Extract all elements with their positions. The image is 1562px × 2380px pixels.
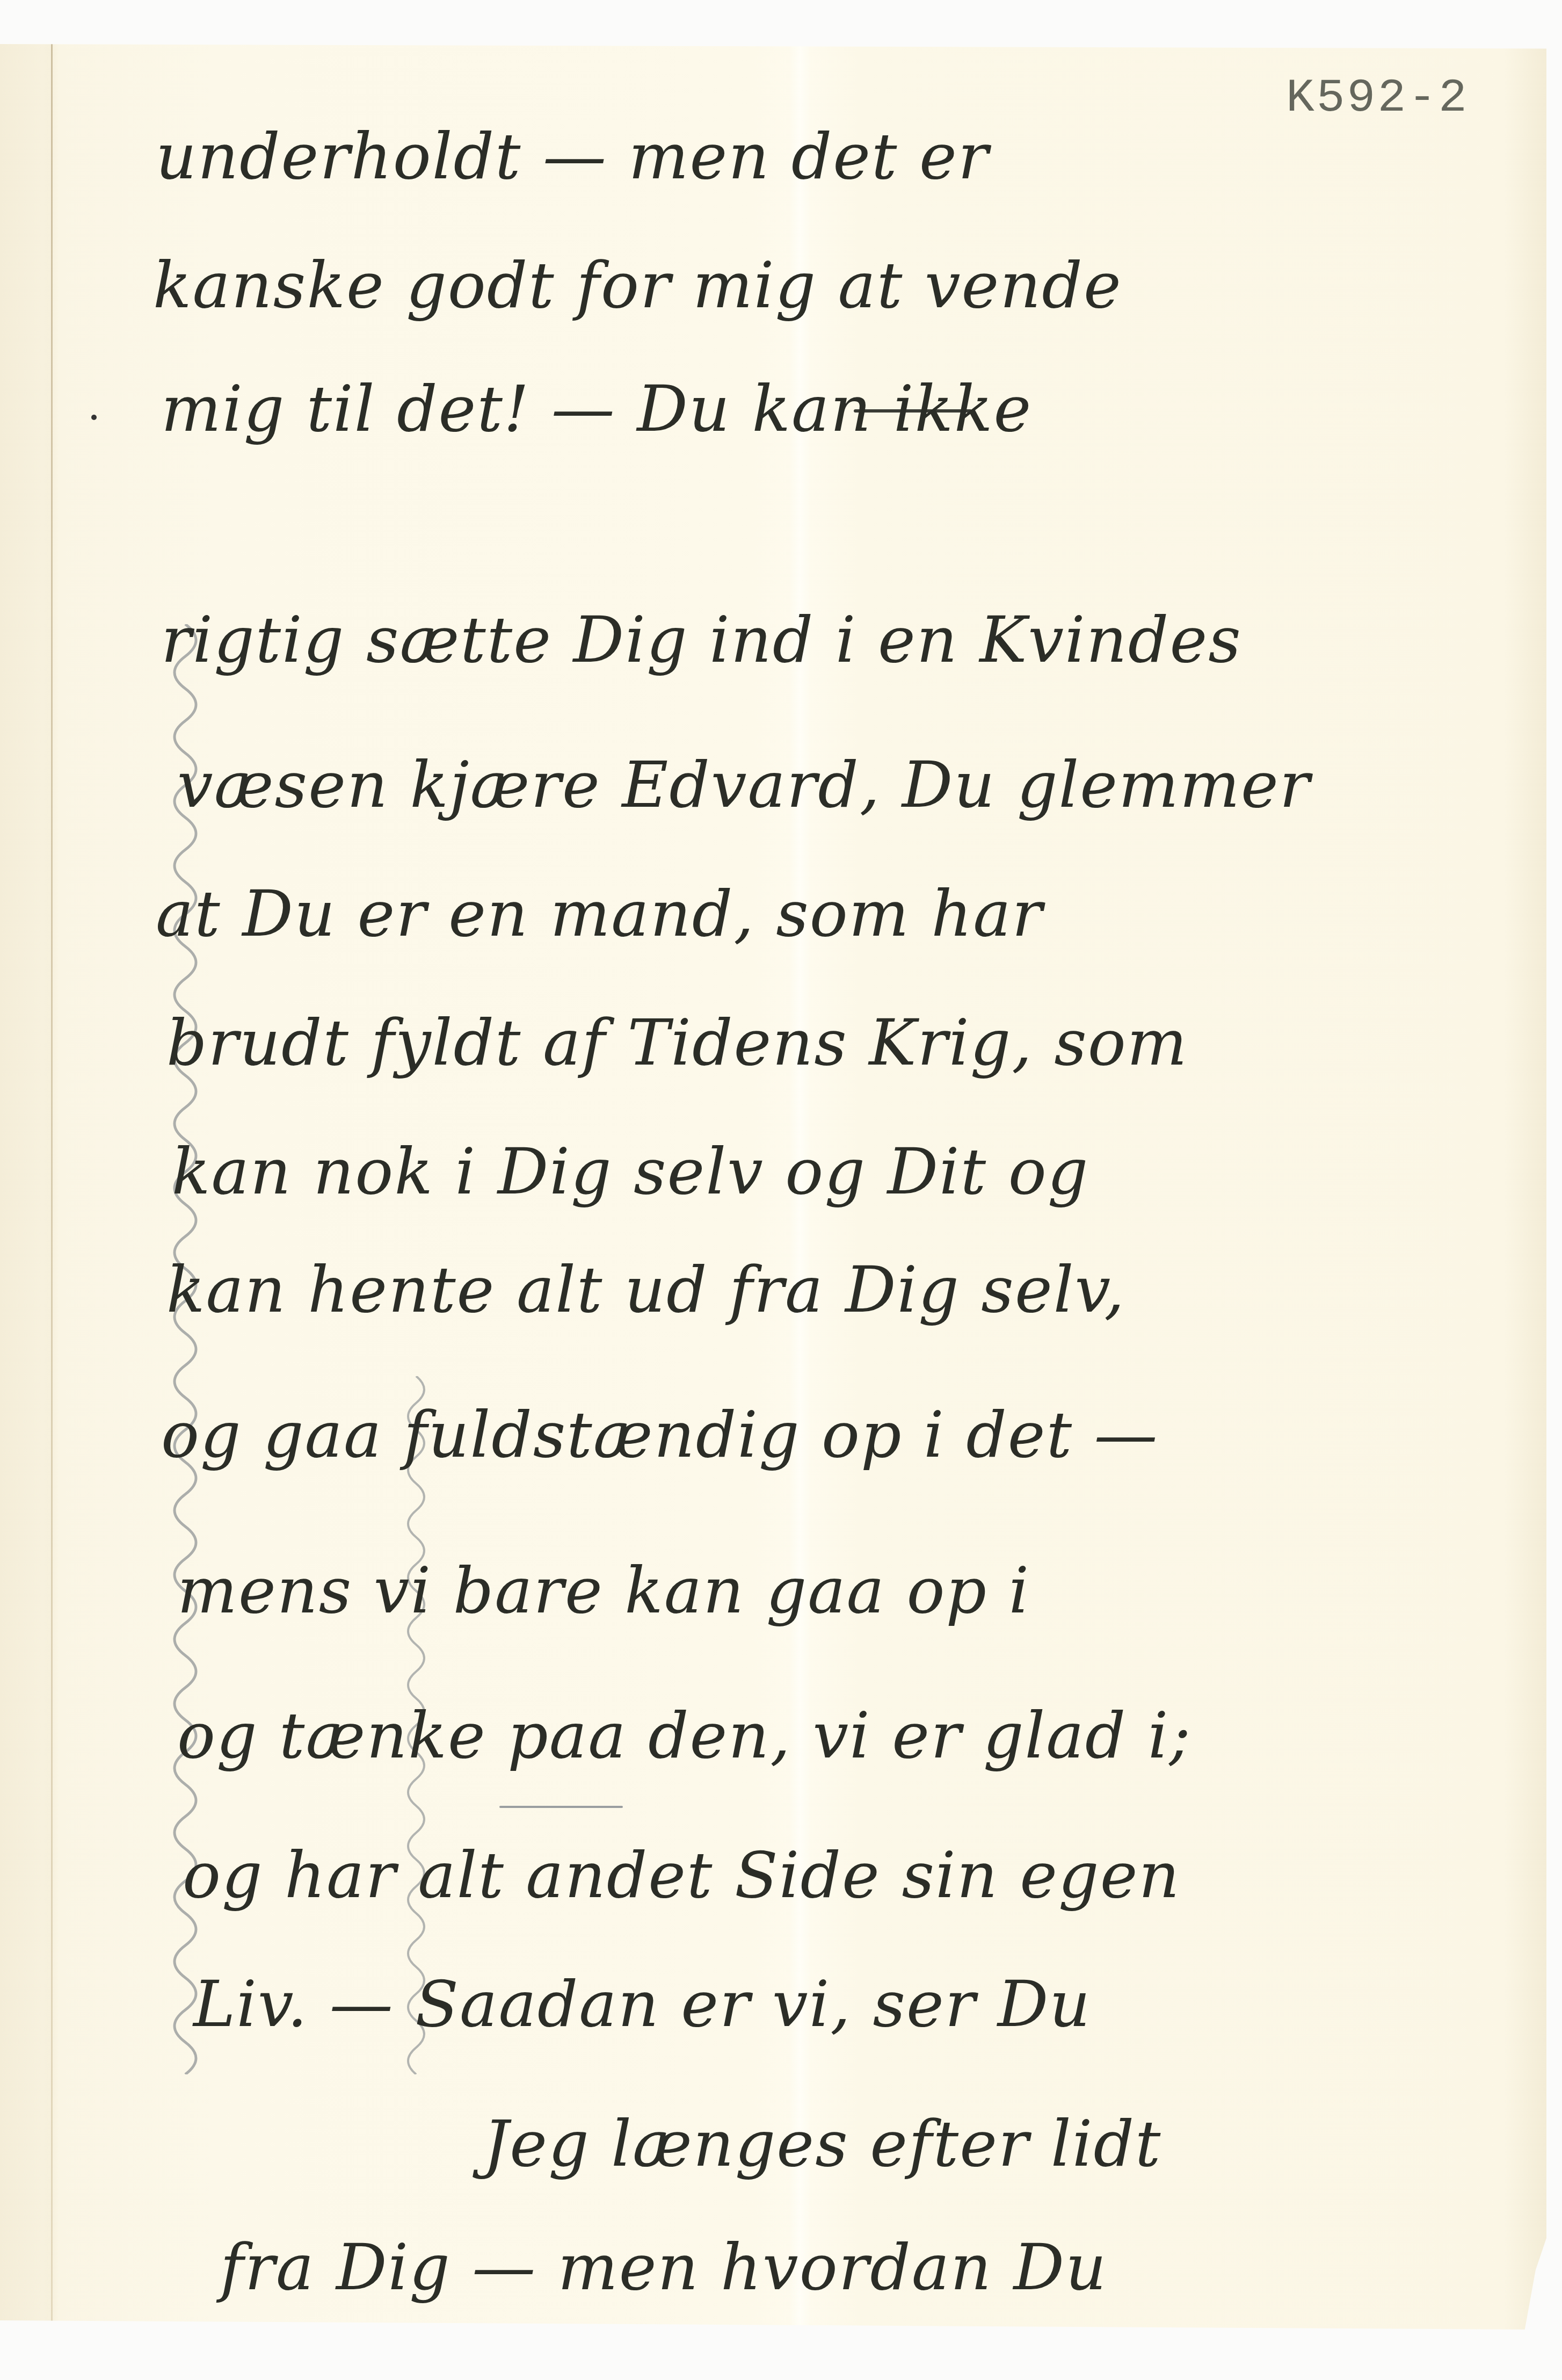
- fold-line: [51, 44, 53, 2330]
- letter-line-2: kanske godt for mig at vende: [153, 254, 1122, 317]
- letter-page: K592-2 underholdt — men det er kanske go…: [0, 44, 1546, 2330]
- letter-line-11: mens vi bare kan gaa op i: [177, 1559, 1030, 1622]
- letter-line-10: og gaa fuldstændig op i det —: [161, 1403, 1159, 1466]
- letter-line-8: kan nok i Dig selv og Dit og: [172, 1140, 1089, 1203]
- letter-line-7: brudt fyldt af Tidens Krig, som: [166, 1011, 1188, 1074]
- letter-line-6: at Du er en mand, som har: [156, 882, 1043, 945]
- letter-line-1: underholdt — men det er: [156, 125, 989, 188]
- letter-line-13: og har alt andet Side sin egen: [183, 1843, 1180, 1907]
- letter-line-4: rigtig sætte Dig ind i en Kvindes: [161, 608, 1242, 671]
- underline-alt: [499, 1806, 623, 1808]
- letter-line-16: fra Dig — men hvordan Du: [220, 2236, 1107, 2299]
- letter-line-12: og tænke paa den, vi er glad i;: [177, 1704, 1192, 1767]
- letter-line-3: mig til det! — Du kan ikke: [161, 377, 1032, 440]
- archive-reference: K592-2: [1286, 72, 1469, 125]
- letter-line-14: Liv. — Saadan er vi, ser Du: [193, 1972, 1091, 2036]
- ink-dot: [91, 415, 97, 420]
- letter-line-15: Jeg længes efter lidt: [483, 2112, 1161, 2175]
- letter-line-9: kan hente alt ud fra Dig selv,: [166, 1258, 1125, 1321]
- letter-line-5: væsen kjære Edvard, Du glemmer: [177, 753, 1311, 816]
